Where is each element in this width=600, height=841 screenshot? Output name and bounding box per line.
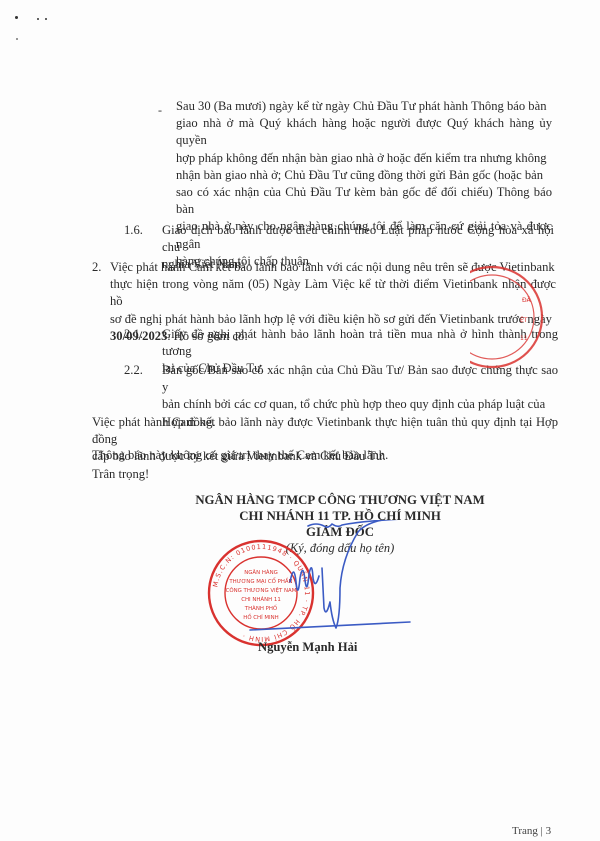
text-line: Giao dịch bảo lãnh được điều chỉnh theo … [162,222,554,256]
svg-text:ỆT: ỆT [520,316,528,324]
stamp-edge-icon: ĐÃ ỆT 11 [470,262,580,372]
notice-text: Thông báo này không có giá trị thay thế … [92,447,388,464]
bullet-marker: - [158,103,162,118]
bank-name: NGÂN HÀNG TMCP CÔNG THƯƠNG VIỆT NAM [180,492,500,508]
svg-text:ĐÃ: ĐÃ [522,297,532,304]
item-number: 2.2. [124,362,143,379]
text-line: bản chính bởi các cơ quan, tổ chức phù h… [162,396,558,413]
item-number: 2. [92,259,101,276]
handwritten-signature-icon [240,520,480,650]
item-number: 2.1. [124,326,143,343]
text-line: Việc phát hành Cam kết bảo lãnh này được… [92,414,558,448]
signer-name: Nguyễn Mạnh Hải [258,640,357,655]
regards-text: Trân trọng! [92,466,149,483]
text-line: giao nhà ở mà Quý khách hàng hoặc người … [176,115,552,149]
text-line: Sau 30 (Ba mươi) ngày kể từ ngày Chủ Đầu… [176,98,552,115]
text-line: nhận bàn giao nhà ở; Chủ Đầu Tư cũng đồn… [176,167,552,184]
svg-text:11: 11 [520,335,528,342]
page-number: Trang | 3 [512,825,551,837]
text-line: hợp pháp không đến nhận bàn giao nhà ở h… [176,150,552,167]
item-number: 1.6. [124,222,143,239]
text-line: sao có xác nhận của Chủ Đầu Tư kèm bản g… [176,184,552,218]
document-page: - Sau 30 (Ba mươi) ngày kể từ ngày Chủ Đ… [0,0,600,841]
